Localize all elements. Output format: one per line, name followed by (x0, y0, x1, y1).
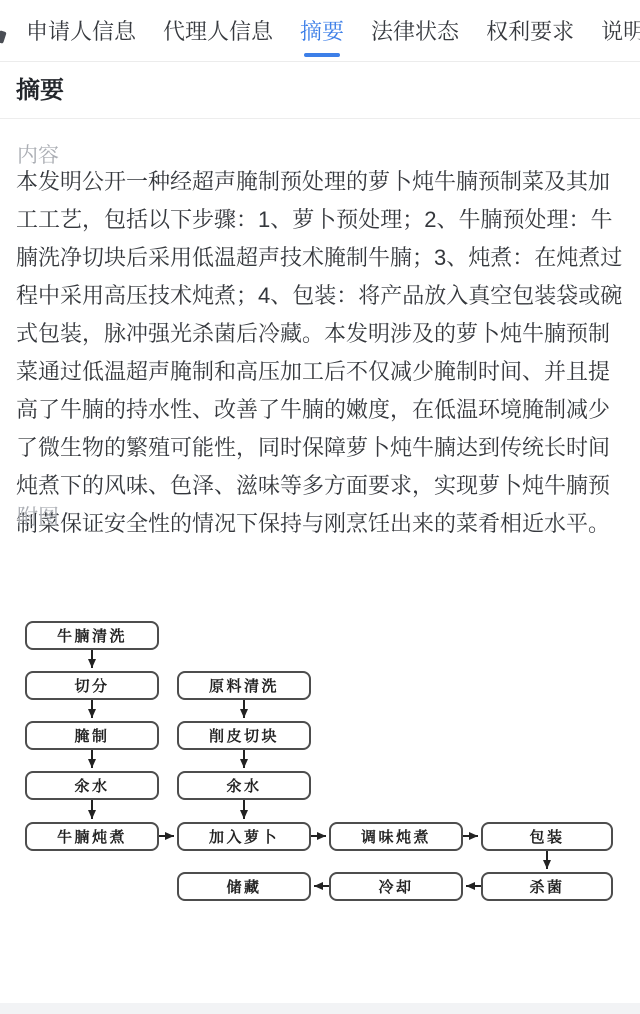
tab-bar[interactable]: 申请人信息 代理人信息 摘要 法律状态 权利要求 说明书 (0, 0, 640, 62)
tab-description[interactable]: 说明书 (601, 15, 640, 46)
flow-node-pack-label: 包装 (529, 828, 564, 846)
flow-node-season-stew-label: 调味炖煮 (361, 828, 431, 846)
flow-node-marinate-label: 腌制 (74, 727, 109, 745)
flow-node-blanch-right-label: 氽水 (226, 777, 261, 795)
tab-agent-info[interactable]: 代理人信息 (163, 15, 273, 46)
flow-node-sterilize-label: 杀菌 (529, 878, 564, 896)
flow-node-peel-cut-label: 削皮切块 (209, 728, 279, 745)
tab-abstract[interactable]: 摘要 (300, 15, 344, 46)
flow-node-beef-wash-label: 牛腩清洗 (57, 627, 127, 645)
patent-abstract-page: 申请人信息 代理人信息 摘要 法律状态 权利要求 说明书 摘要 内容 本发明公开… (0, 0, 640, 1014)
flow-node-blanch-left-label: 氽水 (74, 777, 109, 795)
clipped-tab-fragment (0, 30, 7, 44)
figure-label: 附图 (17, 501, 59, 531)
flow-node-raw-wash-label: 原料清洗 (209, 677, 279, 695)
flow-node-add-radish-label: 加入萝卜 (208, 828, 279, 846)
page-title: 摘要 (16, 70, 64, 105)
flow-node-storage-label: 储藏 (226, 878, 261, 896)
figure-image[interactable]: 牛腩清洗 切分 腌制 氽水 牛腩炖煮 原料清洗 削皮切块 氽水 加入萝卜 调味炖… (0, 600, 640, 912)
flow-node-cool-label: 冷却 (378, 878, 413, 896)
tab-claims[interactable]: 权利要求 (486, 15, 574, 46)
tab-legal-status[interactable]: 法律状态 (371, 15, 459, 46)
divider (0, 118, 640, 119)
tab-applicant-info[interactable]: 申请人信息 (26, 15, 136, 46)
flow-node-beef-stew-label: 牛腩炖煮 (57, 828, 127, 846)
footer-strip (0, 1003, 640, 1014)
process-flowchart: 牛腩清洗 切分 腌制 氽水 牛腩炖煮 原料清洗 削皮切块 氽水 加入萝卜 调味炖… (0, 600, 640, 912)
flow-node-cut-label: 切分 (74, 677, 109, 695)
abstract-text: 本发明公开一种经超声腌制预处理的萝卜炖牛腩预制菜及其加工工艺，包括以下步骤：1、… (16, 163, 628, 543)
